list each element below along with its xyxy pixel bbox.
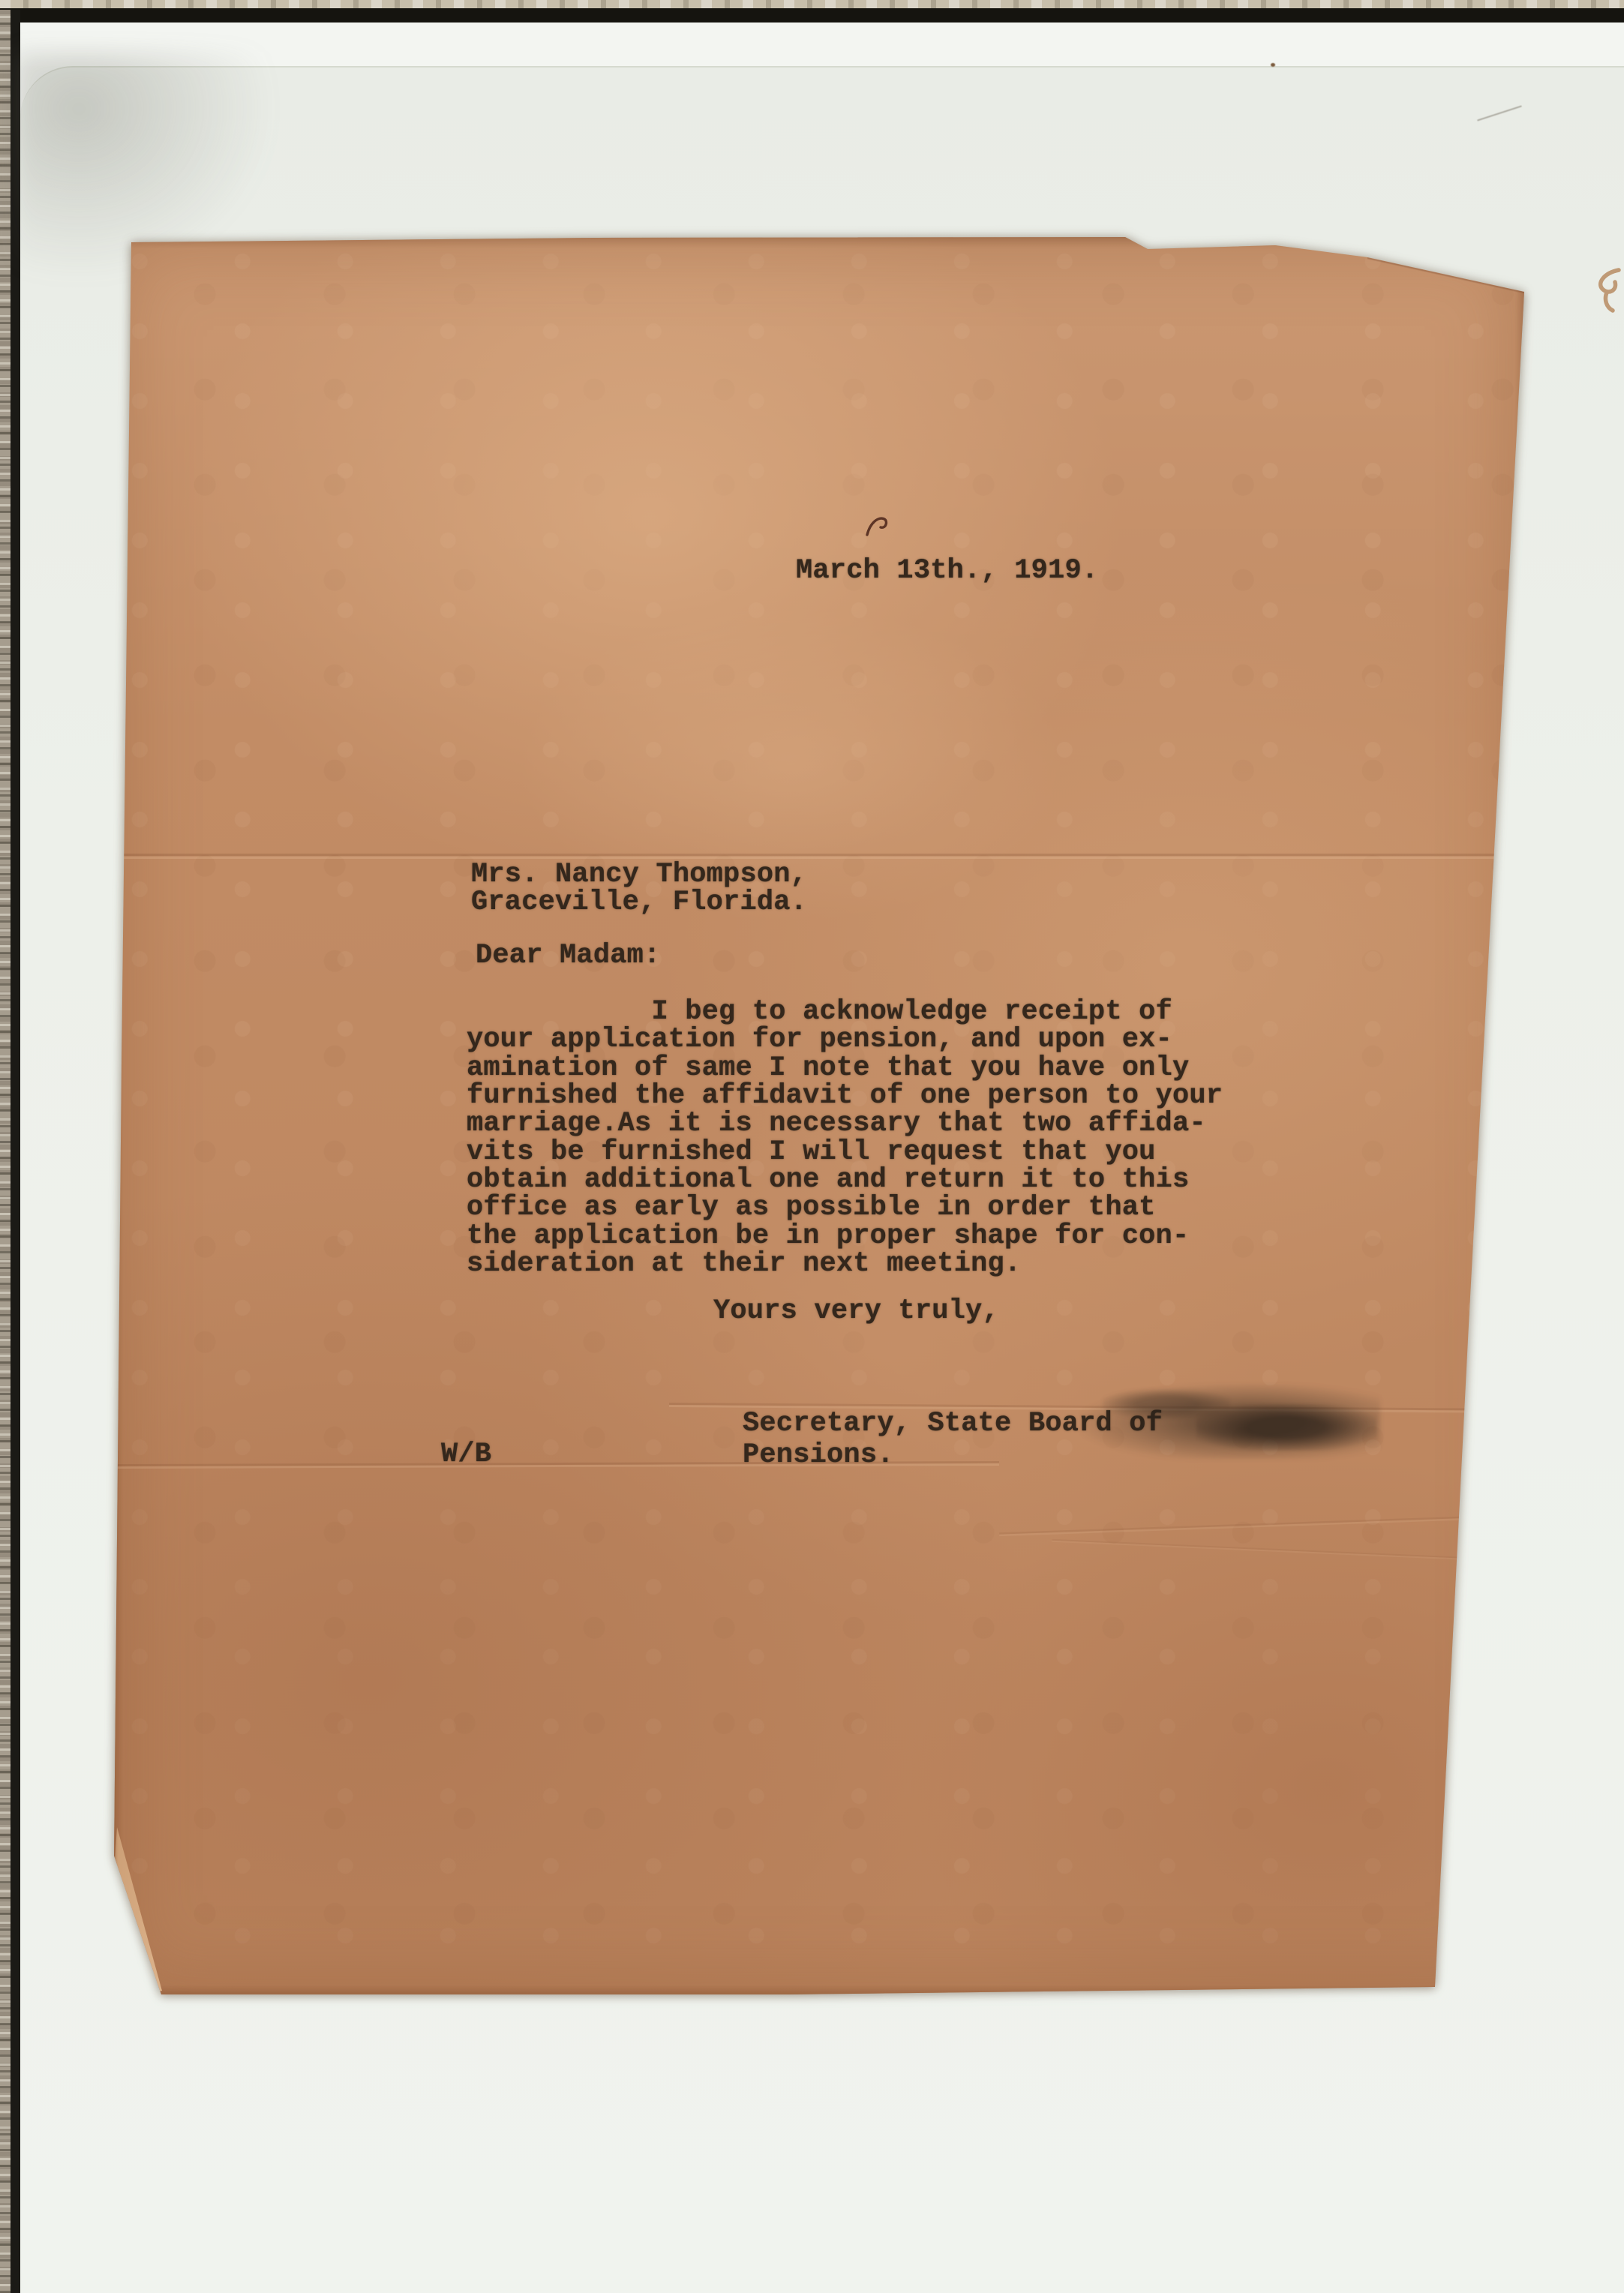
handwritten-mark bbox=[864, 515, 890, 539]
closing-line: Yours very truly, bbox=[713, 1298, 999, 1325]
scanner-left-edge bbox=[0, 10, 11, 2293]
ink-smudge bbox=[1196, 1404, 1376, 1451]
salutation: Dear Madam: bbox=[476, 942, 660, 970]
scanner-left-line bbox=[11, 10, 20, 2293]
recipient-address: Mrs. Nancy Thompson, Graceville, Florida… bbox=[471, 861, 807, 917]
crease-line bbox=[999, 1516, 1479, 1536]
dust-speck bbox=[1271, 63, 1275, 67]
paper-fragment-mark bbox=[1593, 267, 1623, 315]
letter-body: I beg to acknowledge receipt of your app… bbox=[467, 998, 1223, 1278]
typist-initials: W/B bbox=[441, 1441, 491, 1469]
crease-line bbox=[1052, 1539, 1472, 1560]
crease-line bbox=[114, 854, 1524, 859]
scanned-letter-page: { "scan": { "background_color": "#edf0ea… bbox=[0, 0, 1624, 2293]
handwritten-mark-stroke bbox=[867, 518, 886, 535]
paper-fragment-stroke bbox=[1601, 270, 1619, 311]
date-line: March 13th., 1919. bbox=[796, 557, 1098, 585]
scanner-edge-band bbox=[0, 8, 1624, 23]
